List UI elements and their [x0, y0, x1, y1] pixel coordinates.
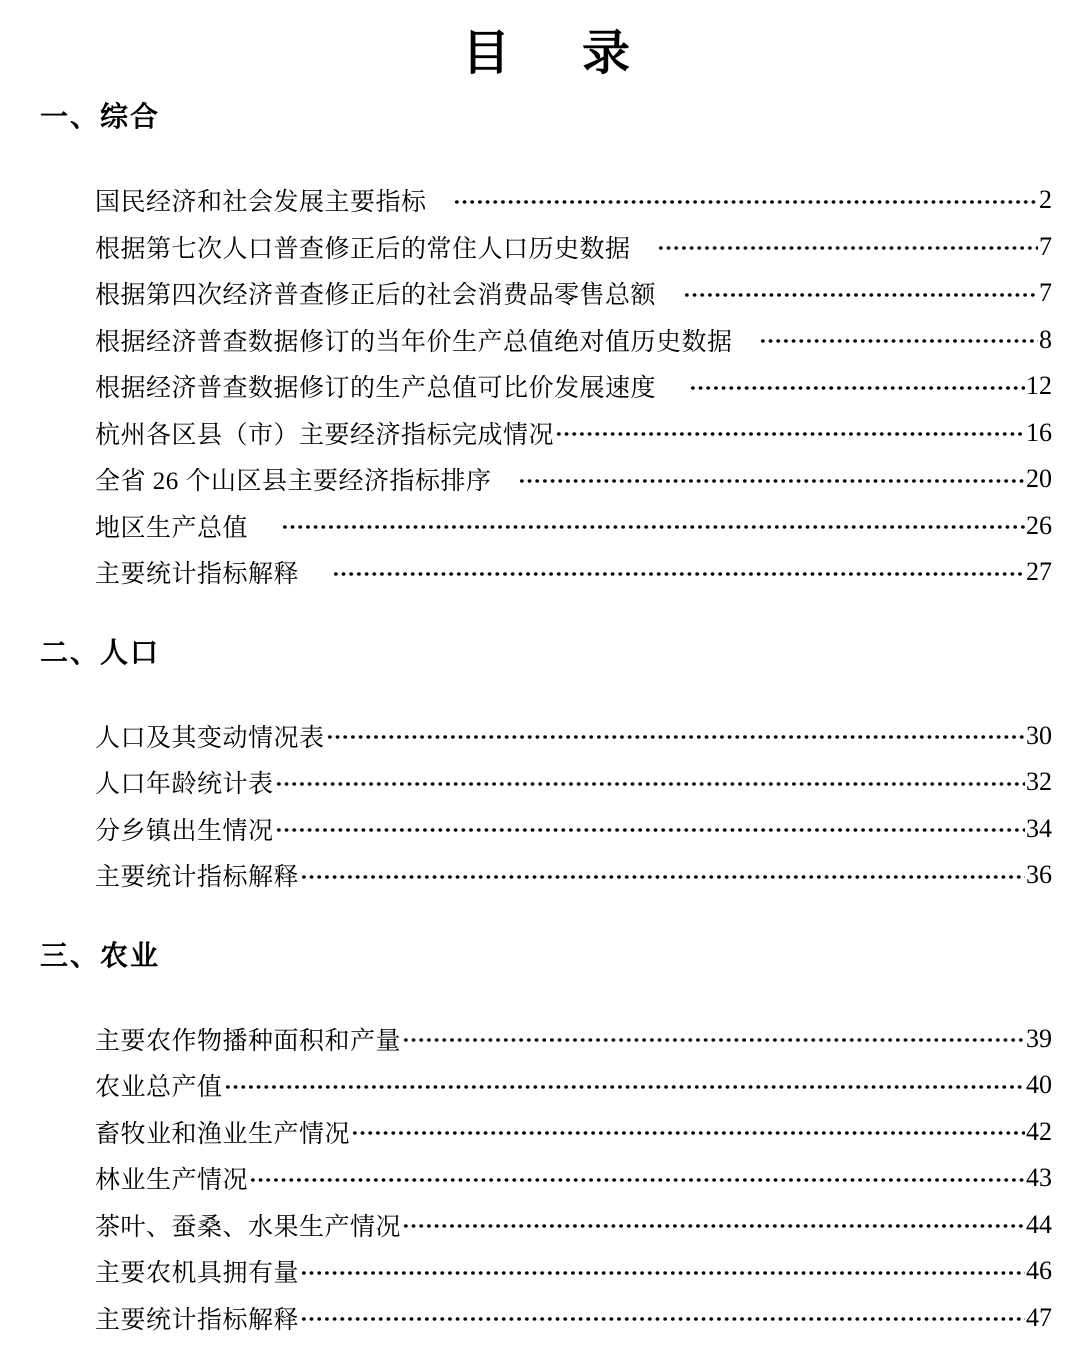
toc-entry-title: 根据第七次人口普查修正后的常住人口历史数据 — [95, 229, 656, 265]
toc-entry[interactable]: 主要统计指标解释 27 — [40, 549, 1052, 596]
toc-entry-title: 全省 26 个山区县主要经济指标排序 — [95, 461, 517, 497]
toc-entry-title: 主要统计指标解释 — [95, 1300, 299, 1336]
toc-entry-title: 主要农机具拥有量 — [95, 1253, 299, 1289]
dot-leader — [555, 432, 1025, 436]
dot-leader — [300, 875, 1025, 879]
toc-sections: 一、综合 国民经济和社会发展主要指标 2 根据第七次人口普查修正后的常住人口历史… — [40, 100, 1052, 1341]
toc-page: 目 录 一、综合 国民经济和社会发展主要指标 2 根据第七次人口普查修正后的常住… — [0, 0, 1082, 1352]
toc-entry-page: 27 — [1026, 557, 1052, 587]
dot-leader — [683, 293, 1038, 297]
toc-entry[interactable]: 国民经济和社会发展主要指标 2 — [40, 177, 1052, 224]
toc-entry[interactable]: 人口年龄统计表 32 — [40, 759, 1052, 806]
toc-entry-page: 36 — [1026, 860, 1052, 890]
toc-entry-title: 主要统计指标解释 — [95, 857, 299, 893]
dot-leader — [249, 1178, 1025, 1182]
section-heading: 二、人口 — [40, 636, 1052, 670]
toc-entry[interactable]: 根据第四次经济普查修正后的社会消费品零售总额 7 — [40, 270, 1052, 317]
toc-entry[interactable]: 人口及其变动情况表 30 — [40, 713, 1052, 760]
toc-entry-page: 44 — [1026, 1210, 1052, 1240]
dot-leader — [657, 246, 1038, 250]
toc-entry-title: 畜牧业和渔业生产情况 — [95, 1114, 350, 1150]
toc-entry-page: 47 — [1026, 1303, 1052, 1333]
toc-entry[interactable]: 林业生产情况 43 — [40, 1155, 1052, 1202]
toc-entry-page: 2 — [1039, 185, 1052, 215]
dot-leader — [224, 1085, 1025, 1089]
toc-entry[interactable]: 农业总产值 40 — [40, 1062, 1052, 1109]
section-heading: 一、综合 — [40, 100, 1052, 134]
dot-leader — [300, 1317, 1025, 1321]
toc-entry[interactable]: 主要农机具拥有量 46 — [40, 1248, 1052, 1295]
toc-section: 三、农业 主要农作物播种面积和产量 39 农业总产值 40 畜牧业和渔业生产情况… — [40, 939, 1052, 1342]
toc-entry-title: 地区生产总值 — [95, 508, 280, 544]
toc-entry-page: 32 — [1026, 767, 1052, 797]
toc-entry-page: 30 — [1026, 721, 1052, 751]
toc-entry-page: 43 — [1026, 1163, 1052, 1193]
toc-entry-title: 主要农作物播种面积和产量 — [95, 1021, 401, 1057]
toc-entry[interactable]: 杭州各区县（市）主要经济指标完成情况 16 — [40, 410, 1052, 457]
dot-leader — [402, 1038, 1025, 1042]
dot-leader — [453, 200, 1038, 204]
toc-entry[interactable]: 主要农作物播种面积和产量 39 — [40, 1016, 1052, 1063]
toc-entry-title: 林业生产情况 — [95, 1160, 248, 1196]
page-title: 目 录 — [40, 24, 1052, 84]
toc-entry[interactable]: 畜牧业和渔业生产情况 42 — [40, 1109, 1052, 1156]
dot-leader — [326, 735, 1025, 739]
dot-leader — [332, 572, 1025, 576]
toc-entry[interactable]: 主要统计指标解释 47 — [40, 1295, 1052, 1342]
toc-entry-page: 26 — [1026, 511, 1052, 541]
dot-leader — [689, 386, 1025, 390]
toc-entry-title: 人口年龄统计表 — [95, 764, 274, 800]
toc-entry-page: 40 — [1026, 1070, 1052, 1100]
toc-entry-title: 国民经济和社会发展主要指标 — [95, 182, 452, 218]
toc-entry-page: 7 — [1039, 278, 1052, 308]
toc-entry-title: 根据第四次经济普查修正后的社会消费品零售总额 — [95, 275, 682, 311]
toc-entry-title: 根据经济普查数据修订的当年价生产总值绝对值历史数据 — [95, 322, 758, 358]
toc-entry[interactable]: 全省 26 个山区县主要经济指标排序 20 — [40, 456, 1052, 503]
toc-entry-title: 杭州各区县（市）主要经济指标完成情况 — [95, 415, 554, 451]
toc-entry-page: 7 — [1039, 232, 1052, 262]
toc-entry[interactable]: 地区生产总值 26 — [40, 503, 1052, 550]
toc-entry[interactable]: 根据经济普查数据修订的当年价生产总值绝对值历史数据 8 — [40, 317, 1052, 364]
toc-entry-title: 分乡镇出生情况 — [95, 811, 274, 847]
section-items: 人口及其变动情况表 30 人口年龄统计表 32 分乡镇出生情况 34 主要统计指… — [40, 713, 1052, 899]
toc-section: 二、人口 人口及其变动情况表 30 人口年龄统计表 32 分乡镇出生情况 34 … — [40, 636, 1052, 899]
dot-leader — [275, 828, 1025, 832]
toc-entry[interactable]: 分乡镇出生情况 34 — [40, 806, 1052, 853]
toc-entry-page: 46 — [1026, 1256, 1052, 1286]
section-heading: 三、农业 — [40, 939, 1052, 973]
toc-entry[interactable]: 根据经济普查数据修订的生产总值可比价发展速度 12 — [40, 363, 1052, 410]
toc-entry-page: 34 — [1026, 814, 1052, 844]
dot-leader — [759, 339, 1038, 343]
toc-entry-page: 20 — [1026, 464, 1052, 494]
dot-leader — [300, 1271, 1025, 1275]
toc-entry[interactable]: 主要统计指标解释 36 — [40, 852, 1052, 899]
dot-leader — [351, 1131, 1025, 1135]
toc-entry-title: 农业总产值 — [95, 1067, 223, 1103]
toc-section: 一、综合 国民经济和社会发展主要指标 2 根据第七次人口普查修正后的常住人口历史… — [40, 100, 1052, 596]
toc-entry-title: 人口及其变动情况表 — [95, 718, 325, 754]
dot-leader — [281, 525, 1025, 529]
dot-leader — [402, 1224, 1025, 1228]
toc-entry-title: 根据经济普查数据修订的生产总值可比价发展速度 — [95, 368, 688, 404]
toc-entry-title: 主要统计指标解释 — [95, 554, 331, 590]
dot-leader — [518, 479, 1025, 483]
section-items: 主要农作物播种面积和产量 39 农业总产值 40 畜牧业和渔业生产情况 42 林… — [40, 1016, 1052, 1342]
dot-leader — [275, 782, 1025, 786]
section-items: 国民经济和社会发展主要指标 2 根据第七次人口普查修正后的常住人口历史数据 7 … — [40, 177, 1052, 596]
toc-entry[interactable]: 茶叶、蚕桑、水果生产情况 44 — [40, 1202, 1052, 1249]
toc-entry[interactable]: 根据第七次人口普查修正后的常住人口历史数据 7 — [40, 224, 1052, 271]
toc-entry-page: 12 — [1026, 371, 1052, 401]
toc-entry-page: 8 — [1039, 325, 1052, 355]
toc-entry-page: 42 — [1026, 1117, 1052, 1147]
toc-entry-page: 16 — [1026, 418, 1052, 448]
toc-entry-page: 39 — [1026, 1024, 1052, 1054]
toc-entry-title: 茶叶、蚕桑、水果生产情况 — [95, 1207, 401, 1243]
